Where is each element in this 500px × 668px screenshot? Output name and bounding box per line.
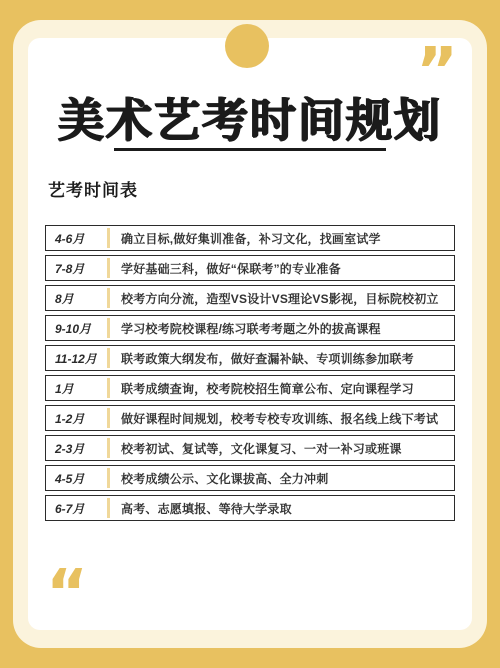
row-month-label: 8月 (46, 290, 107, 307)
table-row: 1月 联考成绩查询，校考院校招生简章公布、定向课程学习 (45, 375, 455, 401)
row-month-label: 9-10月 (46, 320, 107, 337)
table-row: 6-7月 高考、志愿填报、等待大学录取 (45, 495, 455, 521)
row-task-text: 高考、志愿填报、等待大学录取 (110, 500, 292, 517)
row-task-text: 校考成绩公示、文化课拔高、全力冲刺 (110, 470, 328, 487)
row-task-text: 校考初试、复试等，文化课复习、一对一补习或班课 (110, 440, 402, 457)
row-task-text: 做好课程时间规划，校考专校专攻训练、报名线上线下考试 (110, 410, 438, 427)
row-task-text: 学习校考院校课程/练习联考考题之外的拔高课程 (110, 320, 381, 337)
table-row: 11-12月 联考政策大纲发布，做好查漏补缺、专项训练参加联考 (45, 345, 455, 371)
timeline-table: 4-6月 确立目标,做好集训准备，补习文化，找画室试学 7-8月 学好基础三科，… (45, 225, 455, 525)
table-row: 4-6月 确立目标,做好集训准备，补习文化，找画室试学 (45, 225, 455, 251)
table-row: 9-10月 学习校考院校课程/练习联考考题之外的拔高课程 (45, 315, 455, 341)
closing-quote-icon: ” (416, 40, 454, 104)
table-row: 1-2月 做好课程时间规划，校考专校专攻训练、报名线上线下考试 (45, 405, 455, 431)
row-task-text: 学好基础三科，做好“保联考”的专业准备 (110, 260, 341, 277)
row-month-label: 1-2月 (46, 410, 107, 427)
row-task-text: 联考政策大纲发布，做好查漏补缺、专项训练参加联考 (110, 350, 414, 367)
table-row: 2-3月 校考初试、复试等，文化课复习、一对一补习或班课 (45, 435, 455, 461)
row-month-label: 7-8月 (46, 260, 107, 277)
title-underline (114, 148, 386, 151)
table-row: 7-8月 学好基础三科，做好“保联考”的专业准备 (45, 255, 455, 281)
row-month-label: 11-12月 (46, 350, 107, 367)
row-month-label: 4-6月 (46, 230, 107, 247)
section-subtitle: 艺考时间表 (48, 176, 138, 201)
row-month-label: 1月 (46, 380, 107, 397)
row-month-label: 2-3月 (46, 440, 107, 457)
row-month-label: 6-7月 (46, 500, 107, 517)
table-row: 4-5月 校考成绩公示、文化课拔高、全力冲刺 (45, 465, 455, 491)
opening-quote-icon: “ (46, 562, 84, 626)
row-task-text: 联考成绩查询，校考院校招生简章公布、定向课程学习 (110, 380, 414, 397)
pin-hole-circle (225, 24, 269, 68)
row-task-text: 确立目标,做好集训准备，补习文化，找画室试学 (110, 230, 381, 247)
row-task-text: 校考方向分流，造型VS设计VS理论VS影视，目标院校初立 (110, 290, 439, 307)
row-month-label: 4-5月 (46, 470, 107, 487)
table-row: 8月 校考方向分流，造型VS设计VS理论VS影视，目标院校初立 (45, 285, 455, 311)
